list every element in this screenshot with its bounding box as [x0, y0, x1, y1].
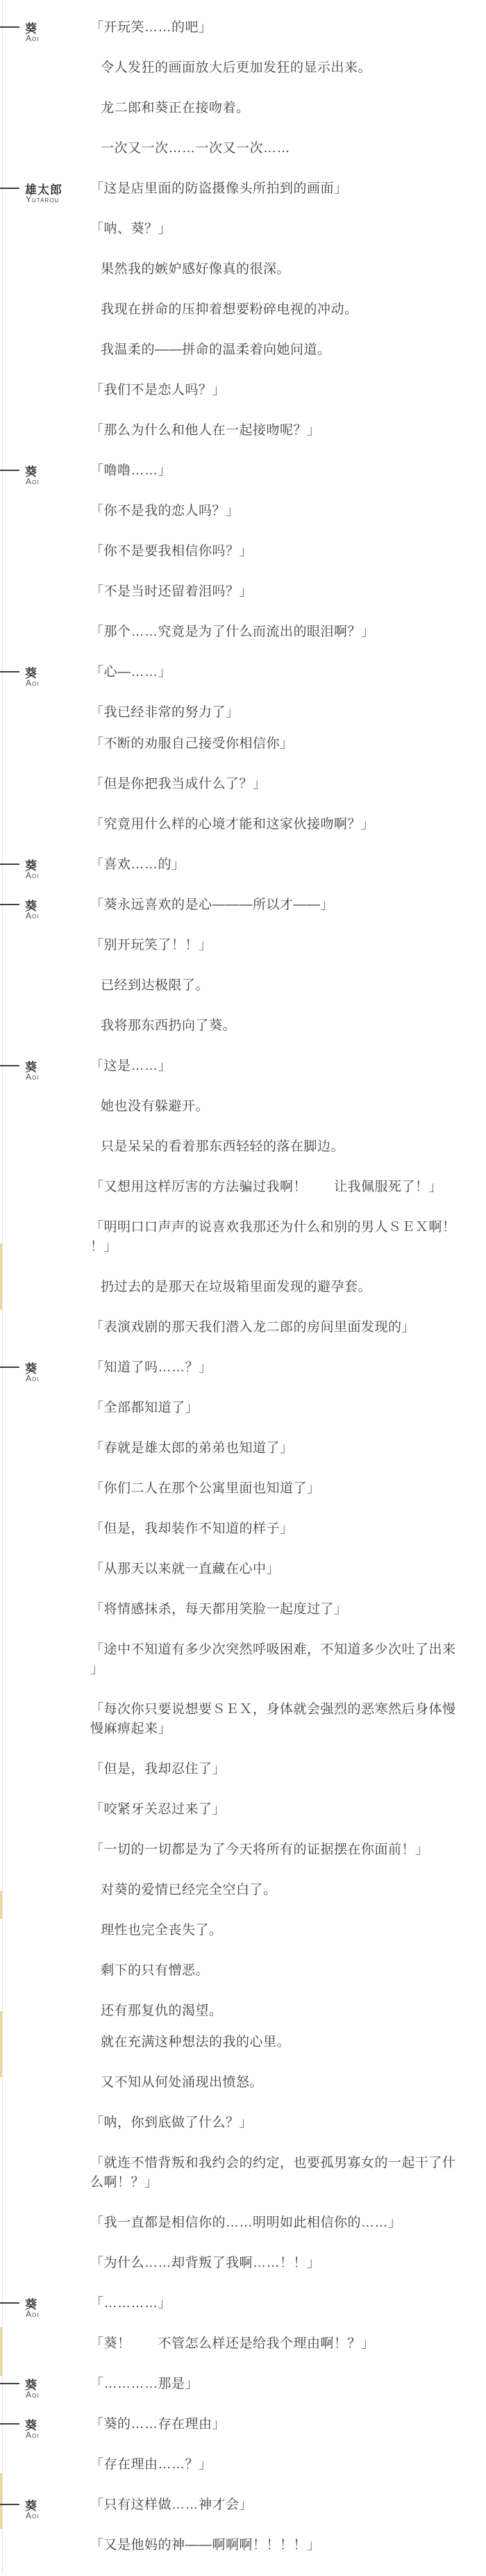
dialogue-text: 「途中不知道有多少次突然呼吸困难，不知道多少次吐了出来 」	[90, 1640, 469, 1679]
dialogue-text: 龙二郎和葵正在接吻着。	[101, 99, 479, 118]
speaker-label: 葵 Aoi	[0, 2415, 90, 2447]
log-entry: 「你不是我的恋人吗？」	[0, 502, 486, 521]
speaker-label: 葵 Aoi	[0, 1057, 90, 1089]
speaker-label: 葵 Aoi	[0, 663, 90, 695]
speaker-label: 葵 Aoi	[0, 2495, 90, 2527]
speaker-connector-line	[0, 2383, 19, 2384]
dialogue-text: 「将情感抹杀，每天都用笑脸一起度过了」	[90, 1600, 469, 1619]
dialogue-text: 「这是店里面的防盗摄像头所拍到的画面」	[90, 179, 469, 199]
dialogue-text: 已经到达极限了。	[101, 976, 479, 996]
log-entry: 「但是你把我当成什么了？」	[0, 775, 486, 794]
log-entry: 「从那天以来就一直藏在心中」	[0, 1560, 486, 1579]
dialogue-backlog: 葵 Aoi 「开玩笑……的吧」 令人发狂的画面放大后更加发狂的显示出来。 龙二郎…	[0, 0, 486, 2555]
speaker-connector-line	[0, 188, 19, 189]
dialogue-text: 我温柔的——拼命的温柔着向她问道。	[101, 340, 479, 360]
log-entry: 「究竟用什么样的心境才能和这家伙接吻啊？」	[0, 815, 486, 834]
log-entry: 「那么为什么和他人在一起接吻呢？」	[0, 421, 486, 440]
dialogue-text: 「究竟用什么样的心境才能和这家伙接吻啊？」	[90, 815, 469, 834]
log-entry: 「那个……究竟是为了什么而流出的眼泪啊？」	[0, 622, 486, 642]
speaker-connector-line	[0, 864, 19, 865]
backlog-page: { "theme": { "background": "#ffffff", "t…	[0, 0, 486, 2576]
log-entry: 理性也完全丧失了。	[0, 1921, 486, 1940]
dialogue-text: 「喜欢……的」	[90, 855, 469, 875]
log-entry: 剩下的只有憎恶。	[0, 1961, 486, 1981]
speaker-romaji: Aoi	[26, 678, 39, 688]
speaker-label: 雄太郎 Yutarou	[0, 179, 90, 211]
dialogue-text: 「每次你只要说想要ＳＥＸ，身体就会强烈的恶寒然后身体慢 慢麻痹起来」	[90, 1700, 469, 1739]
dialogue-text: 「你们二人在那个公寓里面也知道了」	[90, 1479, 469, 1498]
log-entry: 还有那复仇的渴望。	[0, 2001, 486, 2021]
dialogue-text: 「不断的劝服自己接受你相信你」	[90, 734, 469, 754]
dialogue-text: 「表演戏剧的那天我们潜入龙二郎的房间里面发现的」	[90, 1318, 469, 1337]
log-entry: 「又想用这样厉害的方法骗过我啊！ 让我佩服死了！」	[0, 1178, 486, 1197]
log-entry: 她也没有躲避开。	[0, 1097, 486, 1116]
log-entry: 葵 Aoi 「葵永远喜欢的是心———所以才——」	[0, 895, 486, 915]
speaker-connector-line	[0, 1367, 19, 1368]
speaker-connector-line	[0, 2504, 19, 2505]
log-entry: 「我一直都是相信你的……明明如此相信你的……」	[0, 2213, 486, 2233]
dialogue-text: 「只有这样做……神才会」	[90, 2495, 469, 2515]
log-entry: 「你们二人在那个公寓里面也知道了」	[0, 1479, 486, 1498]
log-entry: 「别开玩笑了！！」	[0, 936, 486, 955]
speaker-connector-line	[0, 1065, 19, 1066]
log-entry: 「一切的一切都是为了今天将所有的证据摆在你面前！」	[0, 1840, 486, 1860]
speaker-label: 葵 Aoi	[0, 2375, 90, 2406]
log-entry: 我现在拼命的压抑着想要粉碎电视的冲动。	[0, 300, 486, 320]
dialogue-text: 「我一直都是相信你的……明明如此相信你的……」	[90, 2213, 469, 2233]
log-entry: 葵 Aoi 「葵的……存在理由」	[0, 2415, 486, 2434]
log-entry: 「不是当时还留着泪吗？」	[0, 582, 486, 602]
speaker-connector-line	[0, 671, 19, 672]
speaker-connector-line	[0, 904, 19, 905]
speaker-romaji: Aoi	[26, 33, 39, 43]
log-entry: 「明明口口声声的说喜欢我那还为什么和别的男人ＳＥＸ啊！ ！」	[0, 1218, 486, 1257]
log-entry: 「全部都知道了」	[0, 1398, 486, 1418]
log-entry: 「表演戏剧的那天我们潜入龙二郎的房间里面发现的」	[0, 1318, 486, 1337]
log-entry: 龙二郎和葵正在接吻着。	[0, 99, 486, 118]
speaker-romaji: Yutarou	[26, 195, 59, 204]
log-entry: 葵 Aoi 「这是……」	[0, 1057, 486, 1076]
log-entry: 「就连不惜背叛和我约会的约定，也要孤男寡女的一起干了什 么啊！？」	[0, 2154, 486, 2193]
speaker-romaji: Aoi	[26, 911, 39, 920]
log-entry: 只是呆呆的看着那东西轻轻的落在脚边。	[0, 1137, 486, 1157]
dialogue-text: 「一切的一切都是为了今天将所有的证据摆在你面前！」	[90, 1840, 469, 1860]
dialogue-text: 果然我的嫉妒感好像真的很深。	[101, 260, 479, 279]
log-entry: 葵 Aoi 「心—……」	[0, 663, 486, 682]
dialogue-text: 又不知从何处涌现出愤怒。	[101, 2073, 479, 2092]
speaker-romaji: Aoi	[26, 1072, 39, 1082]
dialogue-text: 「那个……究竟是为了什么而流出的眼泪啊？」	[90, 622, 469, 642]
speaker-label: 葵 Aoi	[0, 461, 90, 493]
log-entry: 「呐，你到底做了什么？」	[0, 2113, 486, 2133]
dialogue-text: 「这是……」	[90, 1057, 469, 1076]
dialogue-text: 「知道了吗……？」	[90, 1358, 469, 1378]
log-entry: 「但是，我却忍住了」	[0, 1760, 486, 1779]
log-entry: 果然我的嫉妒感好像真的很深。	[0, 260, 486, 279]
log-entry: 对葵的爱情已经完全空白了。	[0, 1881, 486, 1900]
speaker-connector-line	[0, 2302, 19, 2304]
speaker-connector-line	[0, 470, 19, 471]
log-entry: 已经到达极限了。	[0, 976, 486, 996]
dialogue-text: 「从那天以来就一直藏在心中」	[90, 1560, 469, 1579]
dialogue-text: 「咬紧牙关忍过来了」	[90, 1800, 469, 1819]
dialogue-text: 「存在理由……？」	[90, 2455, 469, 2475]
log-entry: 「途中不知道有多少次突然呼吸困难，不知道多少次吐了出来 」	[0, 1640, 486, 1679]
log-entry: 「春就是雄太郎的弟弟也知道了」	[0, 1439, 486, 1458]
speaker-romaji: Aoi	[26, 2511, 39, 2520]
log-entry: 「你不是要我相信你吗？」	[0, 542, 486, 561]
dialogue-text: 「不是当时还留着泪吗？」	[90, 582, 469, 602]
dialogue-text: 「又是他妈的神——啊啊啊！！！！」	[90, 2536, 469, 2555]
log-entry: 葵 Aoi 「…………」	[0, 2294, 486, 2313]
dialogue-text: 「你不是我的恋人吗？」	[90, 502, 469, 521]
dialogue-text: 我现在拼命的压抑着想要粉碎电视的冲动。	[101, 300, 479, 320]
log-entry: 「不断的劝服自己接受你相信你」	[0, 734, 486, 754]
log-entry: 我温柔的——拼命的温柔着向她问道。	[0, 340, 486, 360]
dialogue-text: 「但是，我却忍住了」	[90, 1760, 469, 1779]
dialogue-text: 「但是你把我当成什么了？」	[90, 775, 469, 794]
dialogue-text: 只是呆呆的看着那东西轻轻的落在脚边。	[101, 1137, 479, 1157]
dialogue-text: 「呐，你到底做了什么？」	[90, 2113, 469, 2133]
log-entry: 葵 Aoi 「噜噜……」	[0, 461, 486, 481]
dialogue-text: 「葵！ 不管怎么样还是给我个理由啊！？」	[90, 2334, 469, 2354]
speaker-label: 葵 Aoi	[0, 2294, 90, 2326]
speaker-label: 葵 Aoi	[0, 855, 90, 887]
dialogue-text: 「但是，我却装作不知道的样子」	[90, 1519, 469, 1539]
log-entry: 「我们不是恋人吗？」	[0, 381, 486, 400]
speaker-connector-line	[0, 2423, 19, 2425]
dialogue-text: 「葵的……存在理由」	[90, 2415, 469, 2434]
dialogue-text: 「…………那是」	[90, 2375, 469, 2394]
dialogue-text: 理性也完全丧失了。	[101, 1921, 479, 1940]
dialogue-text: 「又想用这样厉害的方法骗过我啊！ 让我佩服死了！」	[90, 1178, 469, 1197]
dialogue-text: 「就连不惜背叛和我约会的约定，也要孤男寡女的一起干了什 么啊！？」	[90, 2154, 469, 2193]
log-entry: 「将情感抹杀，每天都用笑脸一起度过了」	[0, 1600, 486, 1619]
dialogue-text: 「那么为什么和他人在一起接吻呢？」	[90, 421, 469, 440]
dialogue-text: 还有那复仇的渴望。	[101, 2001, 479, 2021]
log-entry: 「我已经非常的努力了」	[0, 703, 486, 723]
dialogue-text: 「开玩笑……的吧」	[90, 18, 469, 38]
dialogue-text: 就在充满这种想法的我的心里。	[101, 2033, 479, 2052]
dialogue-text: 「…………」	[90, 2294, 469, 2313]
dialogue-text: 扔过去的是那天在垃圾箱里面发现的避孕套。	[101, 1278, 479, 1297]
dialogue-text: 「噜噜……」	[90, 461, 469, 481]
speaker-label: 葵 Aoi	[0, 1358, 90, 1390]
dialogue-text: 「葵永远喜欢的是心———所以才——」	[90, 895, 469, 915]
dialogue-text: 「我们不是恋人吗？」	[90, 381, 469, 400]
log-entry: 「葵！ 不管怎么样还是给我个理由啊！？」	[0, 2334, 486, 2354]
log-entry: 葵 Aoi 「开玩笑……的吧」	[0, 18, 486, 38]
dialogue-text: 「全部都知道了」	[90, 1398, 469, 1418]
speaker-romaji: Aoi	[26, 2309, 39, 2319]
dialogue-text: 剩下的只有憎恶。	[101, 1961, 479, 1981]
log-entry: 令人发狂的画面放大后更加发狂的显示出来。	[0, 58, 486, 78]
log-entry: 「又是他妈的神——啊啊啊！！！！」	[0, 2536, 486, 2555]
speaker-connector-line	[0, 26, 19, 28]
dialogue-text: 令人发狂的画面放大后更加发狂的显示出来。	[101, 58, 479, 78]
log-entry: 葵 Aoi 「…………那是」	[0, 2375, 486, 2394]
log-entry: 扔过去的是那天在垃圾箱里面发现的避孕套。	[0, 1278, 486, 1297]
log-entry: 「存在理由……？」	[0, 2455, 486, 2475]
speaker-romaji: Aoi	[26, 2390, 39, 2400]
dialogue-text: 她也没有躲避开。	[101, 1097, 479, 1116]
dialogue-text: 「别开玩笑了！！」	[90, 936, 469, 955]
log-entry: 「为什么……却背叛了我啊……！！」	[0, 2254, 486, 2273]
log-entry: 「但是，我却装作不知道的样子」	[0, 1519, 486, 1539]
dialogue-text: 对葵的爱情已经完全空白了。	[101, 1881, 479, 1900]
log-entry: 一次又一次……一次又一次……	[0, 139, 486, 158]
log-entry: 「咬紧牙关忍过来了」	[0, 1800, 486, 1819]
speaker-romaji: Aoi	[26, 870, 39, 880]
log-entry: 「每次你只要说想要ＳＥＸ，身体就会强烈的恶寒然后身体慢 慢麻痹起来」	[0, 1700, 486, 1739]
log-entry: 雄太郎 Yutarou 「这是店里面的防盗摄像头所拍到的画面」	[0, 179, 486, 199]
log-entry: 葵 Aoi 「只有这样做……神才会」	[0, 2495, 486, 2515]
speaker-romaji: Aoi	[26, 1373, 39, 1383]
dialogue-text: 「心—……」	[90, 663, 469, 682]
dialogue-text: 「你不是要我相信你吗？」	[90, 542, 469, 561]
dialogue-text: 「春就是雄太郎的弟弟也知道了」	[90, 1439, 469, 1458]
speaker-label: 葵 Aoi	[0, 18, 90, 50]
dialogue-text: 「为什么……却背叛了我啊……！！」	[90, 2254, 469, 2273]
log-entry: 又不知从何处涌现出愤怒。	[0, 2073, 486, 2092]
log-entry: 我将那东西扔向了葵。	[0, 1016, 486, 1036]
speaker-romaji: Aoi	[26, 477, 39, 486]
log-entry: 葵 Aoi 「喜欢……的」	[0, 855, 486, 875]
dialogue-text: 我将那东西扔向了葵。	[101, 1016, 479, 1036]
log-entry: 就在充满这种想法的我的心里。	[0, 2033, 486, 2052]
dialogue-text: 「明明口口声声的说喜欢我那还为什么和别的男人ＳＥＸ啊！ ！」	[90, 1218, 469, 1257]
log-entry: 葵 Aoi 「知道了吗……？」	[0, 1358, 486, 1378]
dialogue-text: 一次又一次……一次又一次……	[101, 139, 479, 158]
speaker-label: 葵 Aoi	[0, 895, 90, 927]
dialogue-text: 「我已经非常的努力了」	[90, 703, 469, 723]
log-entry: 「呐、葵？」	[0, 220, 486, 239]
dialogue-text: 「呐、葵？」	[90, 220, 469, 239]
speaker-romaji: Aoi	[26, 2430, 39, 2440]
